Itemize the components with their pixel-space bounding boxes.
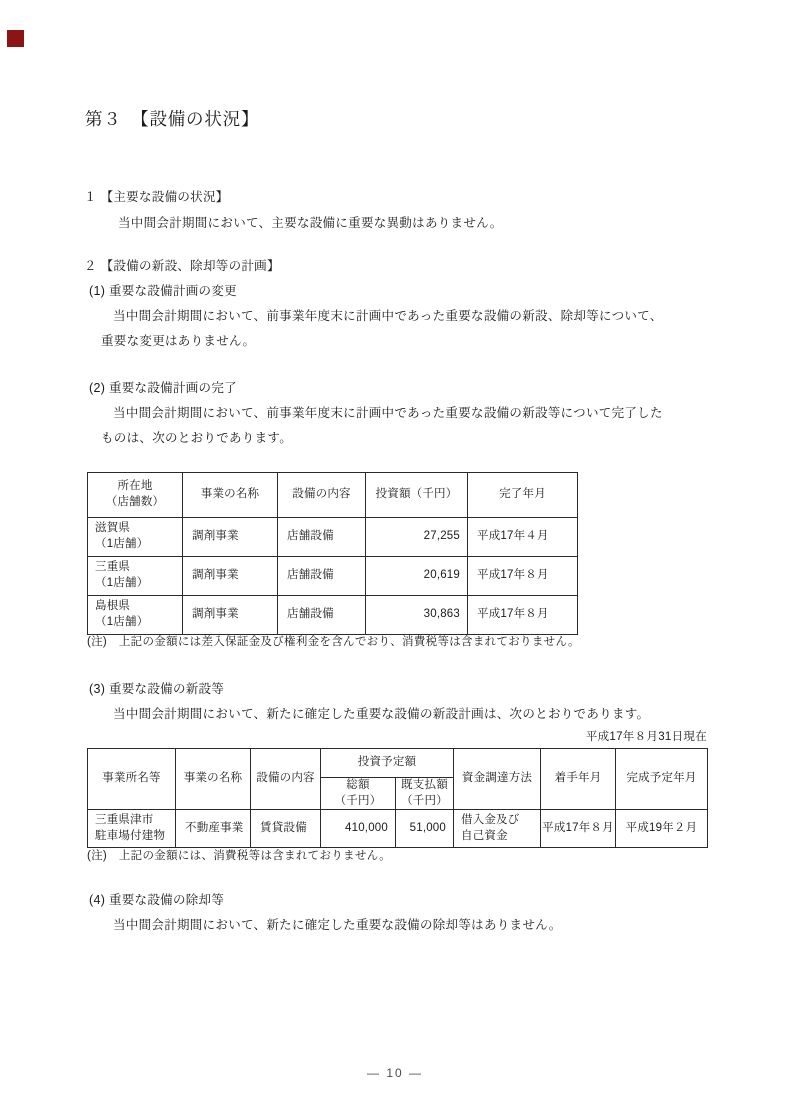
- col-header-location: 所在地 （店舗数）: [88, 473, 183, 518]
- new-plans-table: 事業所名等 事業の名称 設備の内容 投資予定額 資金調達方法 着手年月 完成予定…: [87, 748, 708, 848]
- cell-equipment: 店舗設備: [278, 518, 366, 557]
- cell-paid: 51,000: [396, 810, 454, 848]
- col-header-equipment: 設備の内容: [251, 749, 321, 810]
- table2-note: (注) 上記の金額には、消費税等は含まれておりません。: [87, 850, 391, 864]
- table-header-row-top: 事業所名等 事業の名称 設備の内容 投資予定額 資金調達方法 着手年月 完成予定…: [88, 749, 708, 778]
- section2-heading: ２ 【設備の新設、除却等の計画】: [84, 259, 280, 274]
- section1-heading: １ 【主要な設備の状況】: [84, 190, 229, 205]
- cell-business: 不動産事業: [176, 810, 251, 848]
- col-header-completion: 完成予定年月: [616, 749, 708, 810]
- item2-heading: (2) 重要な設備計画の完了: [89, 381, 237, 396]
- item2-body-line2: ものは、次のとおりであります。: [101, 431, 292, 446]
- cell-total: 410,000: [321, 810, 396, 848]
- col-header-paid: 既支払額 （千円）: [396, 778, 454, 810]
- item1-body-line2: 重要な変更はありません。: [101, 334, 255, 349]
- item1-heading: (1) 重要な設備計画の変更: [89, 284, 237, 299]
- cell-office: 三重県津市 駐車場付建物: [88, 810, 176, 848]
- completed-plans-table: 所在地 （店舗数） 事業の名称 設備の内容 投資額（千円） 完了年月 滋賀県 （…: [87, 472, 578, 635]
- cell-equipment: 賃貸設備: [251, 810, 321, 848]
- cell-funding: 借入金及び 自己資金: [454, 810, 541, 848]
- col-header-equipment: 設備の内容: [278, 473, 366, 518]
- cell-location: 滋賀県 （1店舗）: [88, 518, 183, 557]
- cell-location: 島根県 （1店舗）: [88, 596, 183, 635]
- cell-location: 三重県 （1店舗）: [88, 557, 183, 596]
- cell-business: 調剤事業: [183, 518, 278, 557]
- col-header-planned-investment: 投資予定額: [321, 749, 454, 778]
- cell-start: 平成17年８月: [541, 810, 616, 848]
- cell-investment: 20,619: [366, 557, 468, 596]
- cell-equipment: 店舗設備: [278, 557, 366, 596]
- page-title: 第３ 【設備の状況】: [85, 109, 259, 130]
- as-of-date: 平成17年８月31日現在: [400, 731, 707, 745]
- item4-heading: (4) 重要な設備の除却等: [89, 893, 224, 908]
- section1-body: 当中間会計期間において、主要な設備に重要な異動はありません。: [118, 216, 503, 231]
- cell-investment: 30,863: [366, 596, 468, 635]
- cell-completed: 平成17年８月: [468, 557, 578, 596]
- cell-business: 調剤事業: [183, 596, 278, 635]
- cell-completed: 平成17年４月: [468, 518, 578, 557]
- col-header-completed: 完了年月: [468, 473, 578, 518]
- col-header-office: 事業所名等: [88, 749, 176, 810]
- table-row: 島根県 （1店舗） 調剤事業 店舗設備 30,863 平成17年８月: [88, 596, 578, 635]
- corner-marker: [7, 30, 24, 47]
- page-number: ― 10 ―: [0, 1066, 790, 1080]
- col-header-investment: 投資額（千円）: [366, 473, 468, 518]
- col-header-business: 事業の名称: [183, 473, 278, 518]
- table-header-row: 所在地 （店舗数） 事業の名称 設備の内容 投資額（千円） 完了年月: [88, 473, 578, 518]
- document-page: 第３ 【設備の状況】 １ 【主要な設備の状況】 当中間会計期間において、主要な設…: [0, 0, 790, 1118]
- item1-body-line1: 当中間会計期間において、前事業年度末に計画中であった重要な設備の新設、除却等につ…: [113, 309, 663, 324]
- cell-investment: 27,255: [366, 518, 468, 557]
- cell-business: 調剤事業: [183, 557, 278, 596]
- item4-body: 当中間会計期間において、新たに確定した重要な設備の除却等はありません。: [113, 918, 562, 933]
- table-row: 三重県 （1店舗） 調剤事業 店舗設備 20,619 平成17年８月: [88, 557, 578, 596]
- col-header-business: 事業の名称: [176, 749, 251, 810]
- item3-body: 当中間会計期間において、新たに確定した重要な設備の新設計画は、次のとおりでありま…: [113, 707, 649, 722]
- col-header-total: 総額 （千円）: [321, 778, 396, 810]
- cell-completed: 平成17年８月: [468, 596, 578, 635]
- col-header-start: 着手年月: [541, 749, 616, 810]
- cell-completion: 平成19年２月: [616, 810, 708, 848]
- table1-note: (注) 上記の金額には差入保証金及び権利金を含んでおり、消費税等は含まれておりま…: [87, 636, 580, 650]
- item3-heading: (3) 重要な設備の新設等: [89, 682, 224, 697]
- table-row: 三重県津市 駐車場付建物 不動産事業 賃貸設備 410,000 51,000 借…: [88, 810, 708, 848]
- cell-equipment: 店舗設備: [278, 596, 366, 635]
- col-header-funding: 資金調達方法: [454, 749, 541, 810]
- table-row: 滋賀県 （1店舗） 調剤事業 店舗設備 27,255 平成17年４月: [88, 518, 578, 557]
- item2-body-line1: 当中間会計期間において、前事業年度末に計画中であった重要な設備の新設等について完…: [113, 406, 663, 421]
